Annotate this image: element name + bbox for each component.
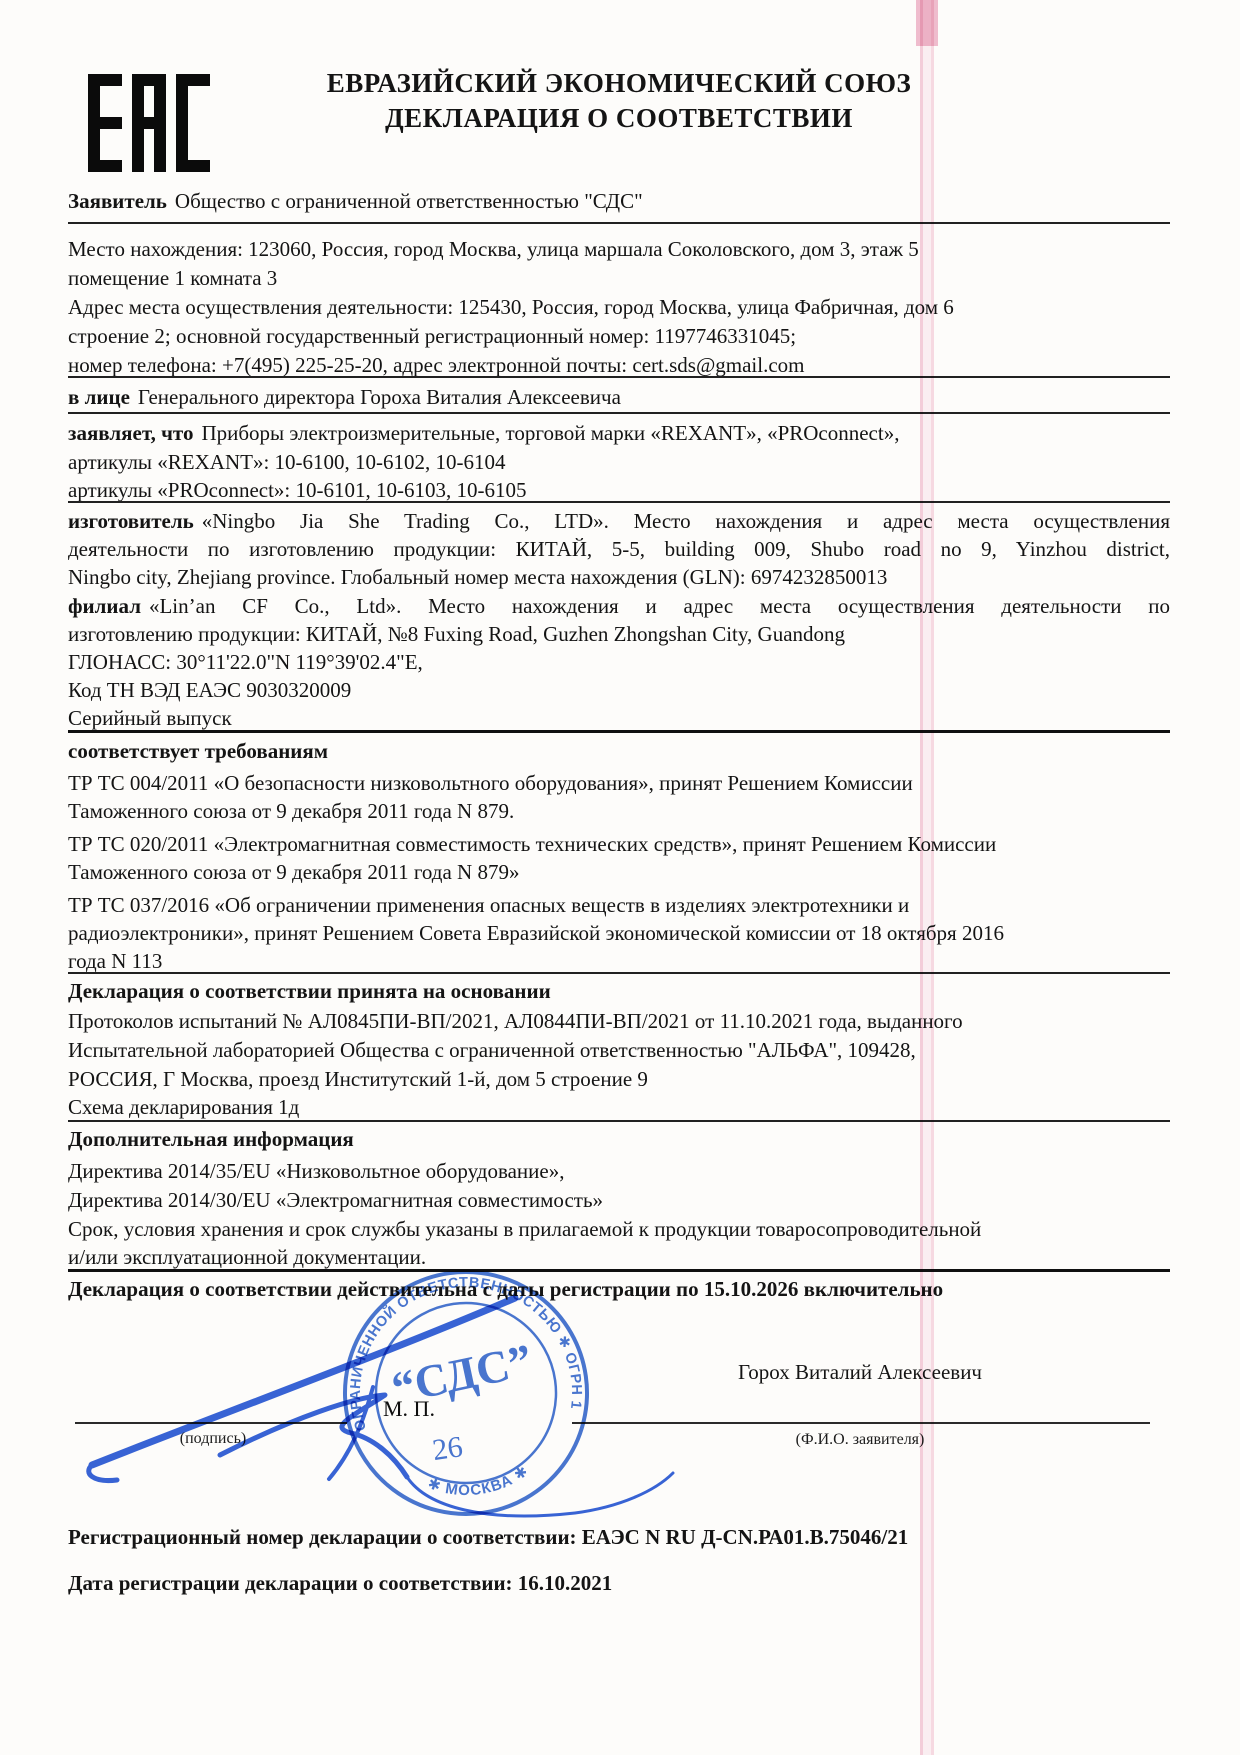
basis-heading: Декларация о соответствии принята на осн… (68, 978, 1170, 1004)
tnved-code-line: Код ТН ВЭД ЕАЭС 9030320009 (68, 677, 1170, 703)
activity-address-line-1: Адрес места осуществления деятельности: … (68, 294, 1170, 320)
scan-artifact-top (916, 0, 938, 46)
declaration-document: ЕВРАЗИЙСКИЙ ЭКОНОМИЧЕСКИЙ СОЮЗ ДЕКЛАРАЦИ… (0, 0, 1240, 1755)
in-person-label: в лице (68, 385, 130, 409)
branch-line-2: изготовлению продукции: КИТАЙ, №8 Fuxing… (68, 621, 1170, 647)
applicant-line: ЗаявительОбщество с ограниченной ответст… (68, 188, 1170, 214)
manufacturer-value: «Ningbo Jia She Trading Co., LTD». Место… (202, 509, 1170, 533)
manufacturer-line-1: изготовитель«Ningbo Jia She Trading Co.,… (68, 508, 1170, 534)
activity-address-line-2: строение 2; основной государственный рег… (68, 323, 1170, 349)
document-header: ЕВРАЗИЙСКИЙ ЭКОНОМИЧЕСКИЙ СОЮЗ ДЕКЛАРАЦИ… (68, 66, 1170, 136)
fio-caption: (Ф.И.О. заявителя) (755, 1431, 965, 1449)
signature-icon (55, 1245, 715, 1535)
branch-line-1: филиал«Lin’an CF Co., Ltd». Место нахожд… (68, 593, 1170, 619)
directive-2014-35-line: Директива 2014/35/EU «Низковольтное обор… (68, 1158, 1170, 1184)
location-line-2: помещение 1 комната 3 (68, 265, 1170, 291)
divider (68, 1120, 1170, 1122)
additional-info-heading: Дополнительная информация (68, 1126, 1170, 1152)
tr-ts-020-line-1: ТР ТС 020/2011 «Электромагнитная совмест… (68, 831, 1170, 857)
handwritten-signature (55, 1245, 715, 1540)
declaration-scheme-line: Схема декларирования 1д (68, 1094, 1170, 1120)
protocols-line-3: РОССИЯ, Г Москва, проезд Институтский 1-… (68, 1066, 1170, 1092)
declares-line-1: заявляет, чтоПриборы электроизмерительны… (68, 420, 1170, 446)
applicant-label: Заявитель (68, 189, 167, 213)
divider (68, 222, 1170, 224)
divider (68, 412, 1170, 414)
location-line-1: Место нахождения: 123060, Россия, город … (68, 236, 1170, 262)
applicant-fio: Горох Виталий Алексеевич (660, 1360, 1060, 1385)
divider (68, 501, 1170, 503)
title-declaration: ДЕКЛАРАЦИЯ О СООТВЕТСТВИИ (68, 101, 1170, 136)
in-person-line: в лицеГенерального директора Гороха Вита… (68, 384, 1170, 410)
title-union: ЕВРАЗИЙСКИЙ ЭКОНОМИЧЕСКИЙ СОЮЗ (68, 66, 1170, 101)
protocols-line-2: Испытательной лабораторией Общества с ог… (68, 1037, 1170, 1063)
tr-ts-020-line-2: Таможенного союза от 9 декабря 2011 года… (68, 859, 1170, 885)
phone-email-line: номер телефона: +7(495) 225-25-20, адрес… (68, 352, 1170, 378)
directive-2014-30-line: Директива 2014/30/EU «Электромагнитная с… (68, 1187, 1170, 1213)
declares-label: заявляет, что (68, 421, 193, 445)
registration-date-line: Дата регистрации декларации о соответств… (68, 1570, 1170, 1596)
manufacturer-line-3: Ningbo city, Zhejiang province. Глобальн… (68, 564, 1170, 590)
storage-terms-line-1: Срок, условия хранения и срок службы ука… (68, 1216, 1170, 1242)
articles-rexant-line: артикулы «REXANT»: 10-6100, 10-6102, 10-… (68, 449, 1170, 475)
serial-release-line: Серийный выпуск (68, 705, 1170, 731)
articles-proconnect-line: артикулы «PROconnect»: 10-6101, 10-6103,… (68, 477, 1170, 503)
declares-value: Приборы электроизмерительные, торговой м… (201, 421, 899, 445)
glonass-line: ГЛОНАСС: 30°11'22.0"N 119°39'02.4"E, (68, 649, 1170, 675)
applicant-value: Общество с ограниченной ответственностью… (175, 189, 643, 213)
protocols-line-1: Протоколов испытаний № АЛ0845ПИ-ВП/2021,… (68, 1008, 1170, 1034)
tr-ts-004-line-2: Таможенного союза от 9 декабря 2011 года… (68, 798, 1170, 824)
branch-value: «Lin’an CF Co., Ltd». Место нахождения и… (149, 594, 1170, 618)
manufacturer-line-2: деятельности по изготовлению продукции: … (68, 536, 1170, 562)
divider (68, 376, 1170, 378)
tr-ts-004-line-1: ТР ТС 004/2011 «О безопасности низковоль… (68, 770, 1170, 796)
divider (68, 972, 1170, 974)
in-person-value: Генерального директора Гороха Виталия Ал… (138, 385, 621, 409)
tr-ts-037-line-3: года N 113 (68, 948, 1170, 974)
manufacturer-label: изготовитель (68, 509, 194, 533)
compliance-heading: соответствует требованиям (68, 738, 1170, 764)
tr-ts-037-line-2: радиоэлектроники», принят Решением Совет… (68, 920, 1170, 946)
branch-label: филиал (68, 594, 141, 618)
tr-ts-037-line-1: ТР ТС 037/2016 «Об ограничении применени… (68, 892, 1170, 918)
divider (68, 730, 1170, 733)
